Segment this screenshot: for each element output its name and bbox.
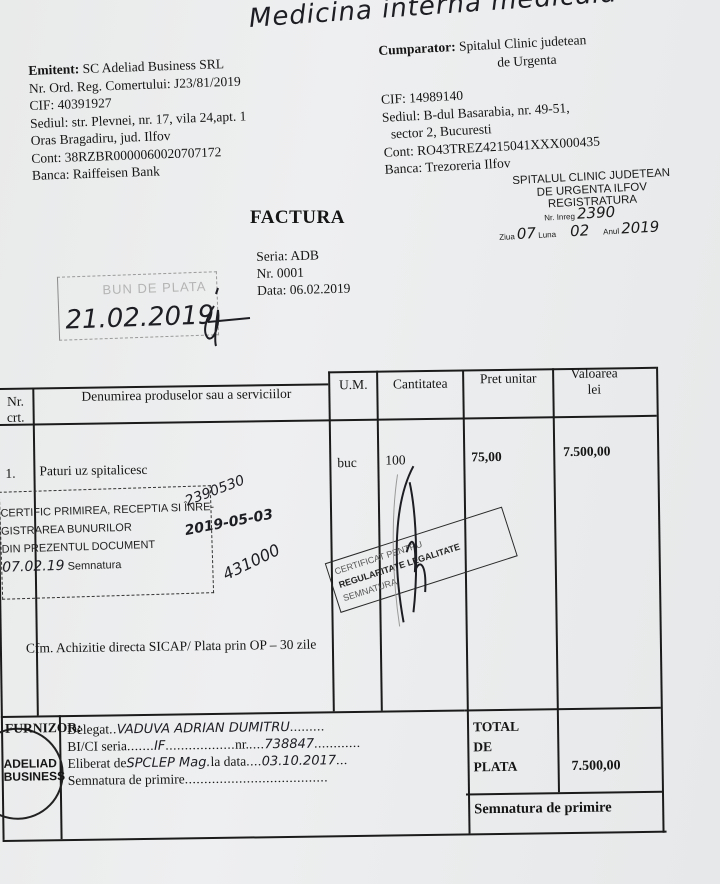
reception-signature-line: Semnatura de primire....................… bbox=[68, 768, 329, 789]
registry-month-value: 02 bbox=[558, 221, 602, 241]
buyer-label: Cumparator: bbox=[378, 39, 456, 58]
reception-stamp-sign-label: Semnatura bbox=[67, 559, 121, 573]
issued-by-label: Eliberat de bbox=[67, 755, 126, 771]
row1-um: buc bbox=[337, 455, 357, 471]
row1-nr: 1. bbox=[5, 466, 15, 482]
registry-nr-label: Nr. Inreg bbox=[544, 211, 575, 222]
reception-stamp-date: 07.02.19 bbox=[2, 558, 65, 576]
supplier-stamp-text: ADELIAD BUSINESS bbox=[3, 757, 47, 784]
invoice-date: Data: 06.02.2019 bbox=[257, 280, 351, 299]
issued-date-label: la data bbox=[210, 754, 246, 769]
total-value: 7.500,00 bbox=[572, 757, 621, 775]
document-title: FACTURA bbox=[250, 207, 345, 229]
payment-note: Cfm. Achizitie directa SICAP/ Plata prin… bbox=[26, 635, 326, 656]
registry-day-label: Ziua bbox=[499, 232, 515, 242]
issuer-label: Emitent: bbox=[28, 61, 79, 78]
id-series-label: BI/CI seria bbox=[67, 738, 127, 754]
reception-stamp: CERTIFIC PRIMIREA, RECEPTIA SI ÎNRE- GIS… bbox=[0, 485, 214, 600]
buyer-block: Cumparator: Spitalul Clinic judetean de … bbox=[378, 31, 601, 179]
invoice-meta: Seria: ADB Nr. 0001 Data: 06.02.2019 bbox=[256, 246, 351, 299]
payment-stamp-label: BUN DE PLATA bbox=[102, 279, 206, 298]
col-header-pret: Pret unitar bbox=[464, 370, 552, 387]
payment-stamp-date: 21.02.2019 bbox=[65, 300, 215, 335]
row1-pret: 75,00 bbox=[471, 449, 502, 465]
supplier-stamp: ADELIAD BUSINESS bbox=[0, 727, 64, 820]
issued-date-value: 03.10.2017 bbox=[262, 753, 337, 769]
registry-year-label: Anul bbox=[603, 227, 619, 237]
total-label-line2: DE bbox=[473, 737, 519, 758]
total-label-line1: TOTAL bbox=[473, 717, 519, 738]
id-series-value: IF bbox=[154, 739, 166, 754]
issued-by-value: SPCLEP Mag. bbox=[126, 755, 210, 771]
id-number-label: nr. bbox=[235, 737, 249, 752]
signature-scribble-icon bbox=[387, 462, 431, 633]
reception-code-3: 431000 bbox=[220, 540, 283, 584]
row1-valoare: 7.500,00 bbox=[563, 443, 610, 460]
total-label: TOTAL DE PLATA bbox=[473, 717, 520, 778]
signature-icon bbox=[196, 284, 256, 354]
row1-denumire: Paturi uz spitalicesc bbox=[39, 462, 147, 480]
reception-code-1: 2390530 bbox=[183, 472, 247, 509]
col-header-denumire: Denumirea produselor sau a serviciilor bbox=[76, 386, 296, 405]
invoice-table: Nr. crt. Denumirea produselor sau a serv… bbox=[0, 359, 669, 846]
issuer-block: Emitent: SC Adeliad Business SRL Nr. Ord… bbox=[28, 54, 249, 184]
registry-year-value: 2019 bbox=[621, 218, 660, 238]
registry-nr-value: 2390 bbox=[577, 202, 616, 222]
payment-stamp: BUN DE PLATA 21.02.2019 bbox=[57, 271, 219, 341]
registry-stamp: SPITALUL CLINIC JUDETEAN DE URGENTA ILFO… bbox=[496, 166, 689, 244]
col-header-valoare: Valoarea lei bbox=[562, 365, 626, 398]
col-header-cantitate: Cantitatea bbox=[378, 375, 462, 392]
handwritten-note: Medicina interna medicala bbox=[248, 0, 618, 34]
reception-signature-label: Semnatura de primire bbox=[68, 771, 185, 788]
total-label-line3: PLATA bbox=[473, 757, 519, 778]
registry-day-value: 07 bbox=[516, 224, 536, 243]
col-header-nr: Nr. crt. bbox=[0, 393, 33, 425]
id-number-value: 738847 bbox=[264, 737, 314, 753]
delegate-label: Delegat bbox=[67, 721, 109, 737]
total-signature-label: Semnatura de primire bbox=[474, 799, 612, 818]
registry-month-label: Luna bbox=[538, 230, 556, 240]
col-header-um: U.M. bbox=[330, 377, 376, 394]
